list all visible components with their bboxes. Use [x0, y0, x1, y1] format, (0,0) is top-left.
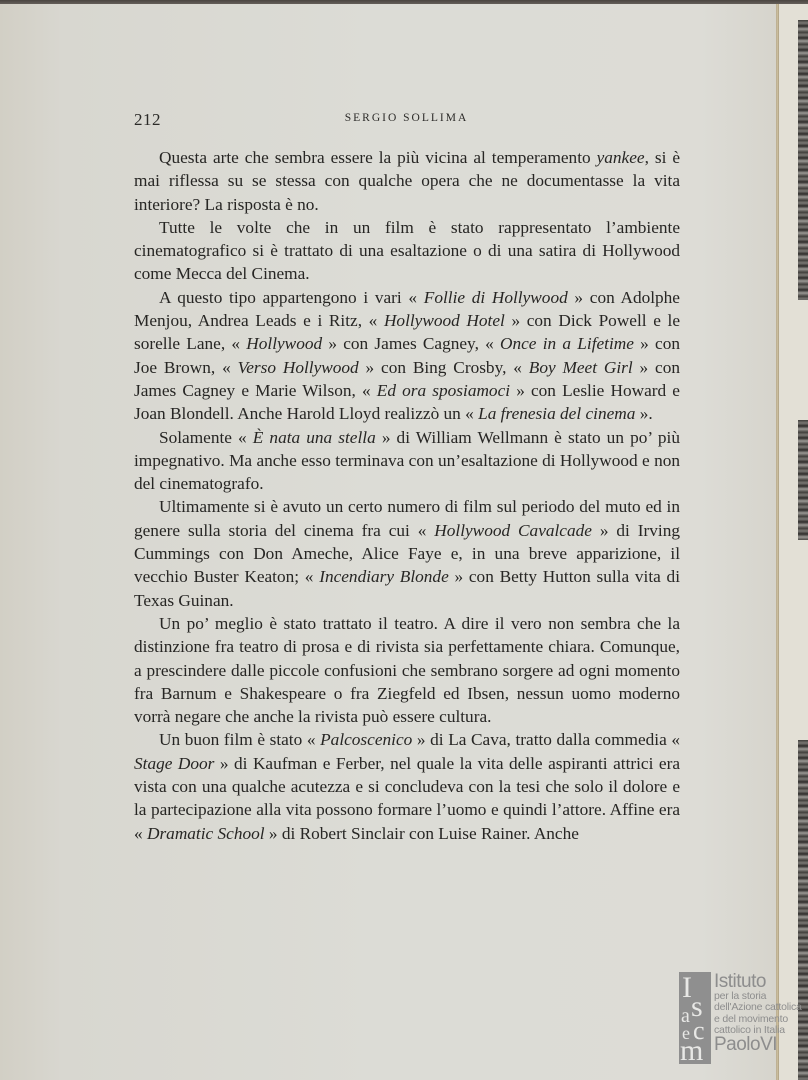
watermark-line: dell'Azione cattolica — [714, 1002, 802, 1013]
text-run: A questo tipo appartengono i vari « — [159, 288, 424, 307]
paragraph: A questo tipo appartengono i vari « Foll… — [134, 286, 680, 426]
italic-title: Once in a Lifetime — [500, 334, 634, 353]
italic-title: Hollywood — [246, 334, 322, 353]
italic-title: Stage Door — [134, 754, 214, 773]
paragraph: Questa arte che sembra essere la più vic… — [134, 146, 680, 216]
italic-title: Palcoscenico — [320, 730, 412, 749]
italic-title: È nata una stella — [253, 428, 376, 447]
italic-title: Ed ora sposiamoci — [377, 381, 510, 400]
text-run: Tutte le volte che in un film è stato ra… — [134, 218, 680, 284]
text-run: Questa arte che sembra essere la più vic… — [159, 148, 597, 167]
scanned-book-page: 212 SERGIO SOLLIMA Questa arte che sembr… — [0, 0, 808, 1080]
text-run: ». — [635, 404, 652, 423]
italic-title: Incendiary Blonde — [319, 567, 449, 586]
running-head-author: SERGIO SOLLIMA — [134, 112, 679, 124]
paragraph: Un po’ meglio è stato trattato il teatro… — [134, 612, 680, 728]
monogram-icon: Isaecm — [679, 972, 711, 1064]
watermark-subtitle: PaoloVI — [714, 1036, 802, 1054]
italic-title: Boy Meet Girl — [529, 358, 633, 377]
body-text: Questa arte che sembra essere la più vic… — [134, 146, 680, 845]
italic-title: Hollywood Ho­tel — [384, 311, 505, 330]
watermark-text: Istituto per la storia dell'Azione catto… — [714, 972, 802, 1054]
page-header: 212 SERGIO SOLLIMA — [134, 110, 679, 132]
italic-title: yankee — [597, 148, 645, 167]
text-run: Solamente « — [159, 428, 253, 447]
text-run: » con Bing Crosby, « — [359, 358, 529, 377]
watermark-title: Istituto — [714, 972, 802, 991]
text-run: Un po’ meglio è stato trattato il teatro… — [134, 614, 680, 726]
adjacent-photo-strip — [798, 420, 808, 540]
italic-title: Holly­wood Cavalcade — [434, 521, 592, 540]
adjacent-photo-strip — [798, 20, 808, 300]
italic-title: Verso Hol­lywood — [238, 358, 359, 377]
text-run: » di La Cava, tratto dalla commedia « — [412, 730, 680, 749]
paragraph: Un buon film è stato « Palcoscenico » di… — [134, 728, 680, 844]
monogram-letter: m — [680, 1036, 703, 1066]
italic-title: Follie di Hollywood — [424, 288, 568, 307]
italic-title: Dramatic School — [147, 824, 265, 843]
italic-title: La frenesia del cinema — [478, 404, 635, 423]
paragraph: Solamente « È nata una stella » di Willi… — [134, 426, 680, 496]
text-run: Un buon film è stato « — [159, 730, 320, 749]
paragraph: Ultimamente si è avuto un certo numero d… — [134, 495, 680, 611]
paragraph: Tutte le volte che in un film è stato ra… — [134, 216, 680, 286]
text-run: » con Ja­mes Cagney, « — [322, 334, 500, 353]
text-run: » di Robert Sinclair con Luise Rainer. A… — [265, 824, 579, 843]
